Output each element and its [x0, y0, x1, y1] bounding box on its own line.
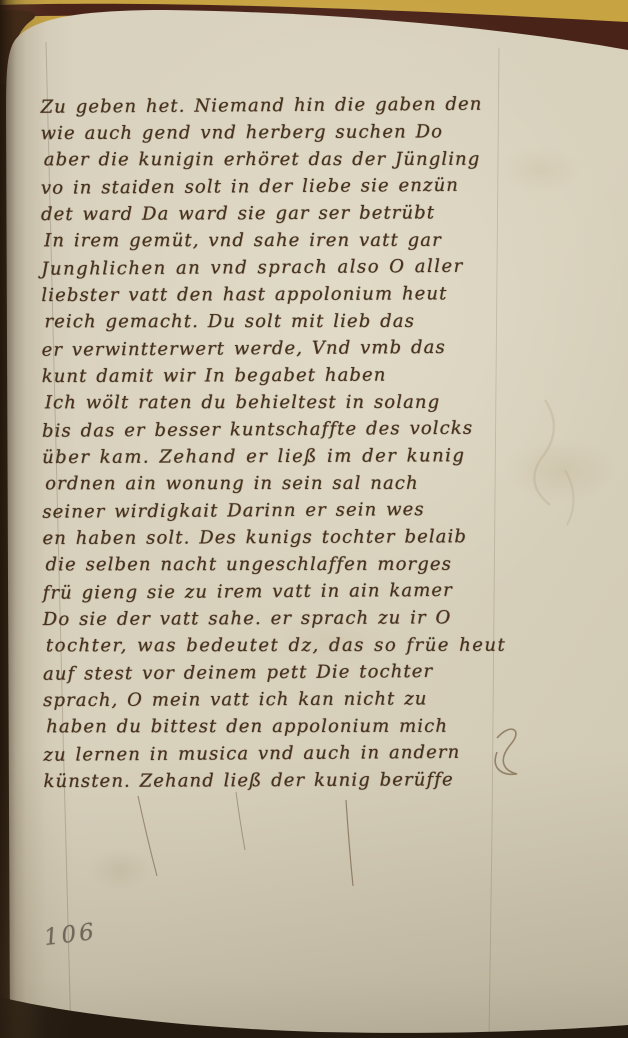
manuscript-line: vo in staiden solt in der liebe sie enzü…	[41, 171, 527, 201]
manuscript-line: auf stest vor deinem pett Die tochter	[43, 657, 529, 687]
manuscript-line: tochter, was bedeutet dz, das so früe he…	[46, 632, 529, 660]
manuscript-line: seiner wirdigkait Darinn er sein wes	[42, 495, 528, 525]
manuscript-line: künsten. Zehand ließ der kunig berüffe	[43, 766, 529, 795]
manuscript-line: reich gemacht. Du solt mit lieb das	[44, 308, 527, 336]
manuscript-line: det ward Da ward sie gar ser betrübt	[41, 199, 527, 228]
manuscript-line: über kam. Zehand er ließ im der kunig	[42, 442, 528, 471]
manuscript-line: Do sie der vatt sahe. er sprach zu ir O	[43, 604, 529, 633]
manuscript-line: kunt damit wir In begabet haben	[42, 361, 528, 390]
text-block: Zu geben het. Niemand hin die gaben denw…	[40, 91, 529, 795]
manuscript-line: bis das er besser kuntschaffte des volck…	[42, 414, 528, 444]
manuscript-line: haben du bittest den appolonium mich	[46, 713, 529, 741]
manuscript-line: Junghlichen an vnd sprach also O aller	[41, 252, 527, 282]
manuscript-line: er verwintterwert werde, Vnd vmb das	[41, 333, 527, 363]
manuscript-line: aber die kunigin erhöret das der Jünglin…	[44, 146, 527, 174]
manuscript-photo: Zu geben het. Niemand hin die gaben denw…	[0, 0, 628, 1038]
manuscript-line: sprach, O mein vatt ich kan nicht zu	[43, 685, 529, 714]
manuscript-line: frü gieng sie zu irem vatt in ain kamer	[43, 576, 529, 606]
manuscript-line: zu lernen in musica vnd auch in andern	[43, 738, 529, 768]
manuscript-line: en haben solt. Des kunigs tochter belaib	[42, 523, 528, 552]
manuscript-line: wie auch gend vnd herberg suchen Do	[41, 118, 527, 147]
manuscript-line: ordnen ain wonung in sein sal nach	[45, 470, 528, 498]
manuscript-line: Zu geben het. Niemand hin die gaben den	[40, 90, 526, 120]
manuscript-line: Ich wölt raten du behieltest in solang	[45, 389, 528, 417]
manuscript-line: liebster vatt den hast appolonium heut	[41, 280, 527, 309]
manuscript-line: die selben nacht ungeschlaffen morges	[46, 551, 529, 579]
manuscript-line: In irem gemüt, vnd sahe iren vatt gar	[44, 227, 527, 255]
